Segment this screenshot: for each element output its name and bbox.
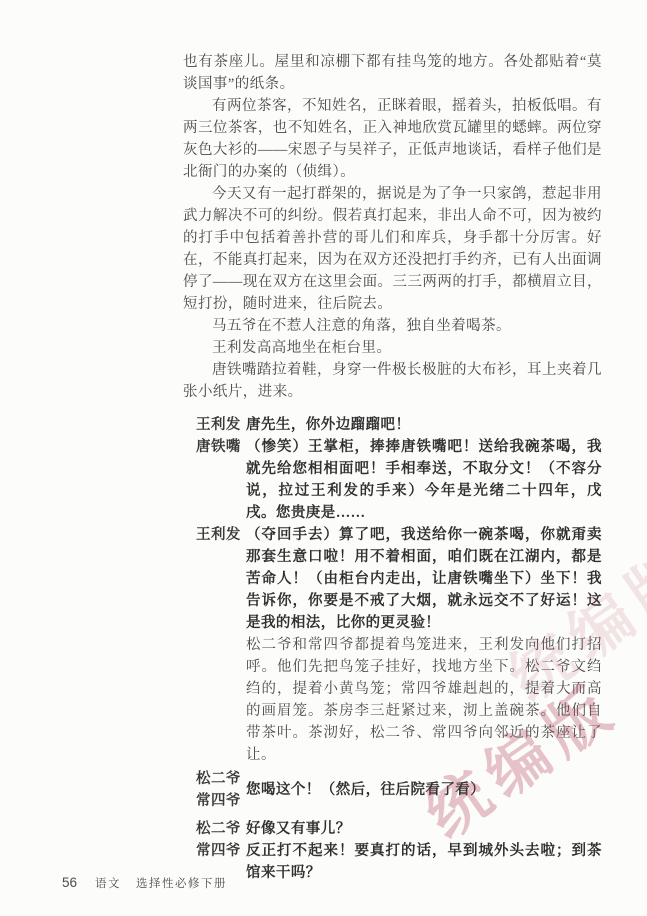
dialogue-entry: 松二爷 好像又有事儿？: [196, 818, 602, 840]
speech-text: 反正打不起来！要真打的话，早到城外头去啦；到茶馆来干吗？: [246, 840, 602, 884]
page-number: 56: [62, 875, 77, 890]
dialogue-section: 王利发 唐先生，你外边蹓蹓吧！ 唐铁嘴 （惨笑）王掌柜，捧捧唐铁嘴吧！送给我碗茶…: [196, 414, 602, 884]
page-footer: 56 语文 选择性必修下册: [62, 875, 227, 891]
stage-direction: 松二爷和常四爷都提着鸟笼进来，王利发向他们打招呼。他们先把鸟笼子挂好，找地方坐下…: [246, 634, 602, 766]
speaker-name: 王利发: [196, 524, 246, 634]
dialogue-entry: 唐铁嘴 （惨笑）王掌柜，捧捧唐铁嘴吧！送给我碗茶喝，我就先给您相相面吧！手相奉送…: [196, 436, 602, 524]
dialogue-entry: 王利发 唐先生，你外边蹓蹓吧！: [196, 414, 602, 436]
narration-paragraph: 有两位茶客，不知姓名，正眯着眼，摇着头，拍板低唱。有两三位茶客，也不知姓名，正入…: [183, 95, 602, 183]
narration-paragraph: 唐铁嘴踏拉着鞋，身穿一件极长极脏的大布衫，耳上夹着几张小纸片，进来。: [183, 359, 602, 403]
narration-paragraph: 今天又有一起打群架的，据说是为了争一只家鸽，惹起非用武力解决不可的纠纷。假若真打…: [183, 183, 602, 315]
dialogue-entry-shared: 松二爷 常四爷 您喝这个！（然后，往后院看了看）: [196, 768, 602, 812]
speaker-name: 常四爷: [196, 790, 246, 812]
book-volume: 选择性必修下册: [136, 875, 227, 891]
narration-paragraph: 也有茶座儿。屋里和凉棚下都有挂鸟笼的地方。各处都贴着“莫谈国事”的纸条。: [183, 51, 602, 95]
narration-paragraph: 马五爷在不惹人注意的角落，独自坐着喝茶。: [183, 315, 602, 337]
speech-text: 好像又有事儿？: [246, 818, 602, 840]
book-subject: 语文: [95, 875, 121, 891]
speaker-name: 唐铁嘴: [196, 436, 246, 524]
speech-text: 唐先生，你外边蹓蹓吧！: [246, 414, 602, 436]
narration-paragraph: 王利发高高地坐在柜台里。: [183, 337, 602, 359]
speech-text: （惨笑）王掌柜，捧捧唐铁嘴吧！送给我碗茶喝，我就先给您相相面吧！手相奉送，不取分…: [246, 436, 602, 524]
speaker-name: 松二爷: [196, 768, 246, 790]
speaker-name: 王利发: [196, 414, 246, 436]
textbook-page: 也有茶座儿。屋里和凉棚下都有挂鸟笼的地方。各处都贴着“莫谈国事”的纸条。 有两位…: [0, 0, 647, 916]
stage-setting-narration: 也有茶座儿。屋里和凉棚下都有挂鸟笼的地方。各处都贴着“莫谈国事”的纸条。 有两位…: [183, 51, 602, 403]
dialogue-entry: 王利发 （夺回手去）算了吧，我送给你一碗茶喝，你就甭卖那套生意口啦！用不着相面，…: [196, 524, 602, 634]
speech-text: 您喝这个！（然后，往后院看了看）: [246, 768, 602, 812]
speaker-name: 松二爷: [196, 818, 246, 840]
speaker-names: 松二爷 常四爷: [196, 768, 246, 812]
speech-text: （夺回手去）算了吧，我送给你一碗茶喝，你就甭卖那套生意口啦！用不着相面，咱们既在…: [246, 524, 602, 634]
dialogue-entry: 常四爷 反正打不起来！要真打的话，早到城外头去啦；到茶馆来干吗？: [196, 840, 602, 884]
